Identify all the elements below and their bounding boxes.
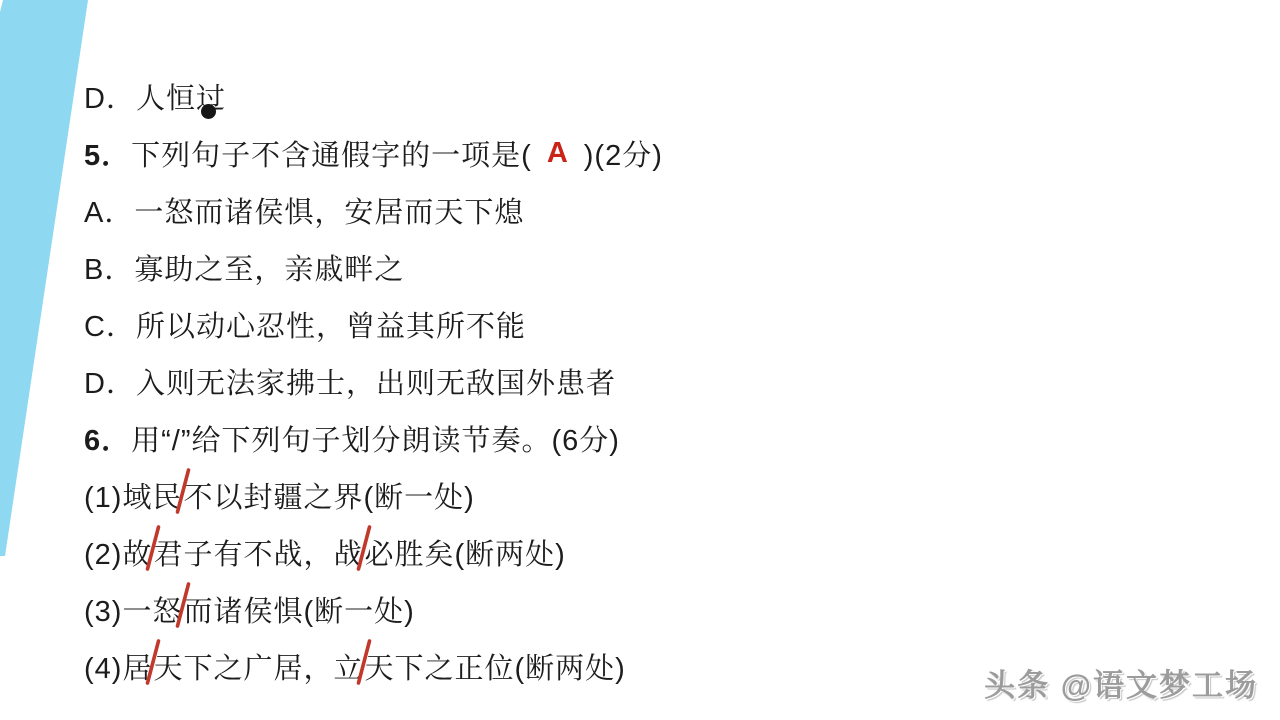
question-number: 6． [84, 418, 131, 459]
option-line-b: B．寡助之至，亲戚畔之 [84, 239, 663, 296]
watermark: 头条 @语文梦工场 [984, 660, 1258, 705]
sentence-part: (2)故 [84, 532, 152, 573]
sentence-part: (3)一怒 [84, 589, 182, 630]
sentence-part: 而诸侯惧(断一处) [183, 589, 414, 630]
question-5-stem: 5． 下列句子不含通假字的一项是( A )(2分) [84, 125, 663, 182]
sentence-part: 不以封疆之界(断一处) [183, 475, 474, 516]
question-6-item-2: (2)故 君子有不战，战 必胜矣(断两处) [84, 524, 663, 581]
question-6-item-3: (3)一怒 而诸侯惧(断一处) [84, 581, 663, 638]
pause-slash-mark [355, 525, 373, 571]
pause-slash-mark [144, 639, 162, 685]
exam-slide-content: D．人恒过 5． 下列句子不含通假字的一项是( A )(2分) A．一怒而诸侯惧… [84, 68, 663, 695]
option-line-d: D．入则无法家拂士，出则无敌国外患者 [84, 353, 663, 410]
question-6-stem: 6． 用“/”给下列句子划分朗读节奏。(6分) [84, 410, 663, 467]
pause-slash-mark [174, 582, 192, 628]
sentence-part: (4)居 [84, 646, 152, 687]
question-text-after: )(2分) [584, 133, 663, 174]
question-number: 5． [84, 133, 131, 174]
sentence-part: 天下之广居，立 [153, 646, 363, 687]
option-line-c: C．所以动心忍性，曾益其所不能 [84, 296, 663, 353]
question-6-item-4: (4)居 天下之广居，立 天下之正位(断两处) [84, 638, 663, 695]
option-text: C．所以动心忍性，曾益其所不能 [84, 304, 526, 345]
answer-letter: A [532, 137, 584, 170]
question-text: 用“/”给下列句子划分朗读节奏。(6分) [131, 418, 620, 459]
sentence-part: 必胜矣(断两处) [364, 532, 565, 573]
pause-slash-mark [174, 468, 192, 514]
sentence-part: (1)域民 [84, 475, 182, 516]
option-text: B．寡助之至，亲戚畔之 [84, 247, 404, 288]
pause-slash-mark [144, 525, 162, 571]
option-text: D．入则无法家拂士，出则无敌国外患者 [84, 361, 616, 402]
pointer-dot [201, 104, 216, 119]
blue-accent-stripe [0, 0, 90, 556]
pause-slash-mark [355, 639, 373, 685]
question-6-item-1: (1)域民 不以封疆之界(断一处) [84, 467, 663, 524]
sentence-part: 天下之正位(断两处) [364, 646, 625, 687]
question-text: 下列句子不含通假字的一项是( [131, 133, 532, 174]
sentence-part: 君子有不战，战 [153, 532, 363, 573]
option-line-previous-d: D．人恒过 [84, 68, 663, 125]
option-line-a: A．一怒而诸侯惧，安居而天下熄 [84, 182, 663, 239]
option-text: A．一怒而诸侯惧，安居而天下熄 [84, 190, 524, 231]
